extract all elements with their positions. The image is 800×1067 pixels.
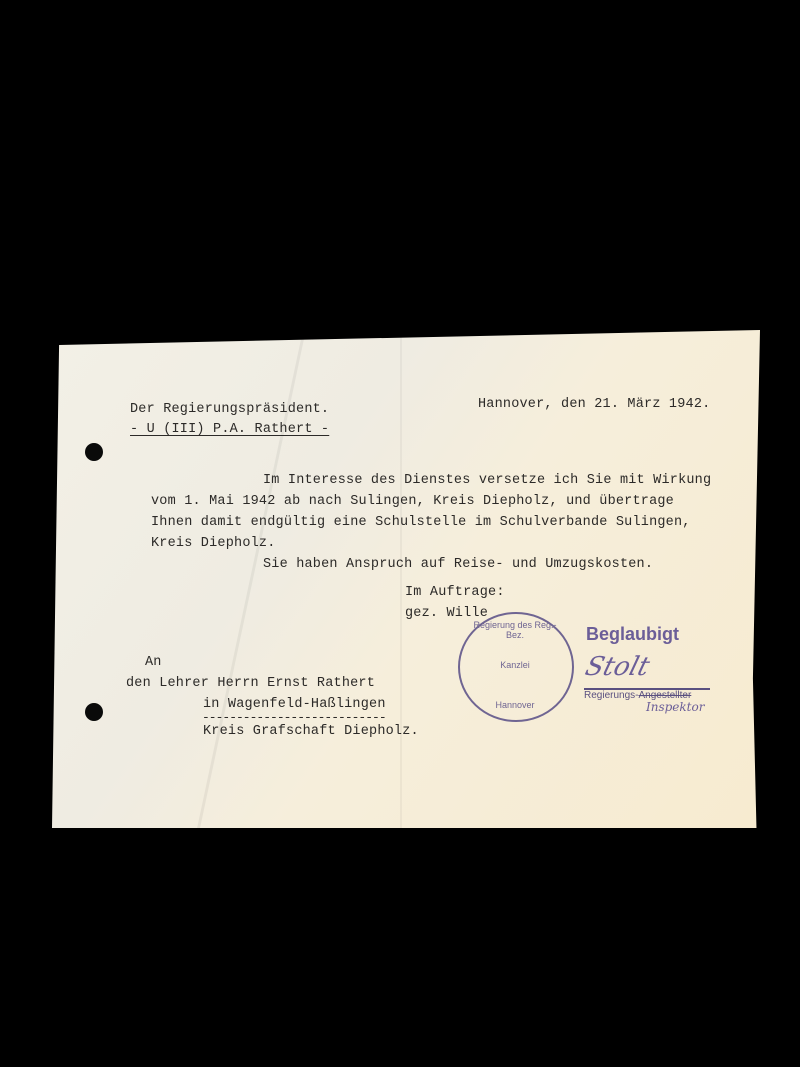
body-line-5: Sie haben Anspruch auf Reise- und Umzugs… xyxy=(263,557,653,572)
role-prefix: Regierungs- xyxy=(584,690,638,701)
fold-crease-vertical xyxy=(400,330,402,828)
stamp-bottom-text: Hannover xyxy=(470,700,560,710)
recipient-separator: --------------------------- xyxy=(202,710,386,725)
sender-title: Der Regierungspräsident. xyxy=(130,402,329,417)
recipient-district: Kreis Grafschaft Diepholz. xyxy=(203,724,419,739)
body-line-3: Ihnen damit endgültig eine Schulstelle i… xyxy=(151,515,691,530)
body-line-4: Kreis Diepholz. xyxy=(151,536,276,551)
closing-authority: Im Auftrage: xyxy=(405,585,505,600)
closing-signed: gez. Wille xyxy=(405,606,488,621)
punch-hole-bottom xyxy=(85,703,103,721)
recipient-prefix: An xyxy=(145,655,162,670)
certification-label: Beglaubigt xyxy=(586,624,679,645)
recipient-name: den Lehrer Herrn Ernst Rathert xyxy=(126,676,375,691)
sender-reference: - U (III) P.A. Rathert - xyxy=(130,422,329,437)
role-handwritten: Inspektor xyxy=(646,700,704,714)
place-date: Hannover, den 21. März 1942. xyxy=(478,397,710,412)
stamp-center-text: Kanzlei xyxy=(470,660,560,670)
certification-signature: Stolt xyxy=(582,652,653,682)
body-line-1: Im Interesse des Dienstes versetze ich S… xyxy=(263,473,711,488)
punch-hole-top xyxy=(85,443,103,461)
stamp-top-text: Regierung des Reg.-Bez. xyxy=(470,620,560,640)
body-line-2: vom 1. Mai 1942 ab nach Sulingen, Kreis … xyxy=(151,494,674,509)
